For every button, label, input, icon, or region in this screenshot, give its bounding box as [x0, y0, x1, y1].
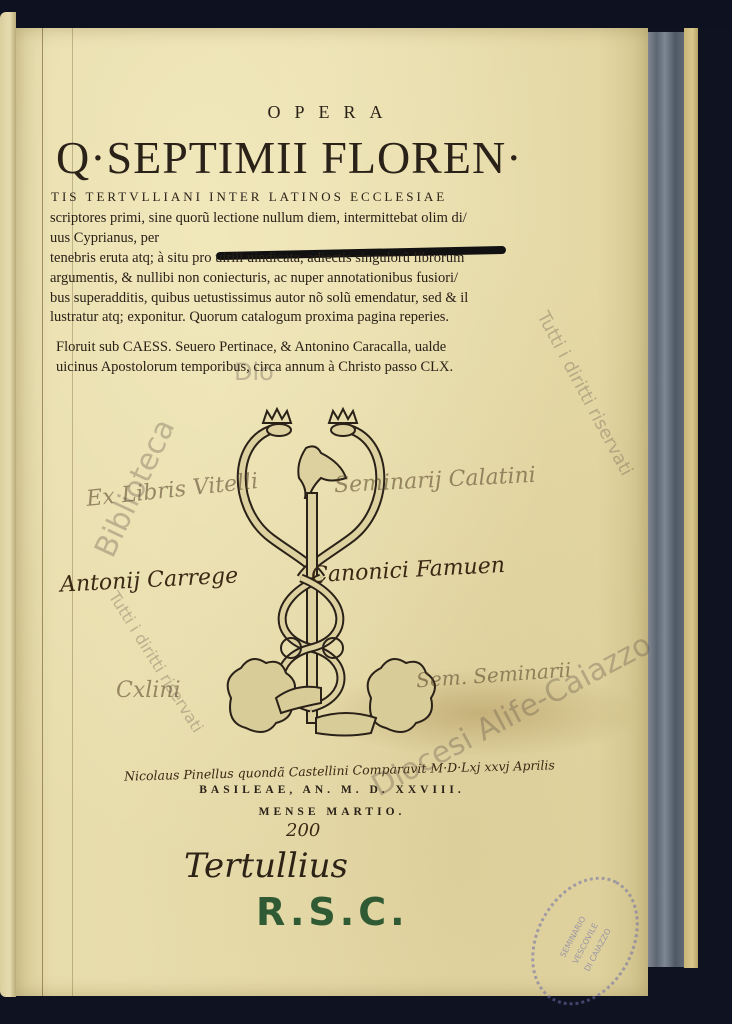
title-main: Q·SEPTIMII FLOREN· [56, 131, 522, 184]
watermark-rights-lower: Tutti i diritti riservati [105, 588, 207, 736]
handwritten-author-name: Tertullius [184, 846, 348, 886]
left-page-edge [0, 12, 16, 997]
imprint-month: MENSE MARTIO. [16, 806, 648, 818]
body-line: tenebris eruta atq; à situ pro uirili ui… [50, 250, 464, 267]
body-line: scriptores primi, sine quorũ lectione nu… [50, 210, 467, 227]
floruit-line: Floruit sub CAESS. Seuero Pertinace, & A… [56, 339, 446, 356]
handwritten-shelf-mark: R.S.C. [256, 890, 409, 934]
title-opera: OPERA [16, 102, 648, 123]
imprint-place-date: BASILEAE, AN. M. D. XXVIII. [16, 784, 648, 796]
book-cover-edge [684, 28, 698, 968]
body-line: lustratur atq; exponitur. Quorum catalog… [50, 309, 449, 326]
book-page-edges [646, 32, 688, 967]
title-page: OPERA Q·SEPTIMII FLOREN· TIS TERTVLLIANI… [16, 28, 648, 996]
body-line: argumentis, & nullibi non coniecturis, a… [50, 270, 458, 287]
title-subtitle: TIS TERTVLLIANI INTER LATINOS ECCLESIAE [51, 189, 447, 205]
handwritten-number: 200 [286, 820, 320, 841]
body-line: bus superadditis, quibus uetustissimus a… [50, 290, 468, 307]
fold-line [42, 28, 43, 996]
body-line: uus Cyprianus, per [50, 230, 159, 247]
handwritten-purchase-note: Nicolaus Pinellus quondã Castellini Comp… [124, 757, 555, 783]
stamp-text: SEMINARIO VESCOVILE DI CAIAZZO [553, 907, 618, 980]
watermark-library-mid: Dio [234, 358, 274, 386]
watermark-rights: Tutti i diritti riservati [532, 308, 636, 479]
background-top [0, 0, 732, 30]
library-stamp: SEMINARIO VESCOVILE DI CAIAZZO [510, 858, 660, 1024]
